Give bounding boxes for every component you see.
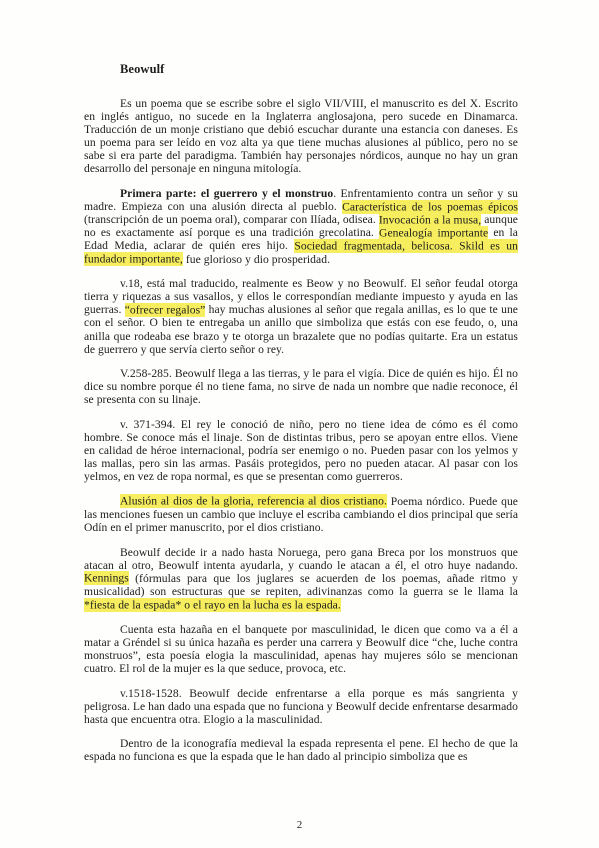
document-content: Beowulf Es un poema que se escribe sobre…	[84, 62, 518, 775]
paragraph-5: v. 371-394. El rey le conoció de niño, p…	[84, 418, 518, 483]
paragraph-9: v.1518-1528. Beowulf decide enfrentarse …	[84, 687, 518, 726]
text-run: Es un poema que se escribe sobre el sigl…	[84, 97, 518, 175]
text-run: v.1518-1528. Beowulf decide enfrentarse …	[84, 687, 518, 726]
highlighted-text: “ofrecer regalos”	[125, 303, 206, 317]
highlighted-text: Característica de los poemas épicos	[342, 200, 518, 214]
document-title: Beowulf	[120, 62, 518, 77]
highlighted-text: Kennings	[84, 571, 129, 585]
highlighted-text: Alusión al dios de la gloria, referencia…	[120, 494, 387, 508]
paragraph-8: Cuenta esta hazaña en el banquete por ma…	[84, 623, 518, 675]
text-run: fue glorioso y dio prosperidad.	[183, 253, 330, 266]
text-run: Dentro de la iconografía medieval la esp…	[84, 737, 518, 763]
text-run: Cuenta esta hazaña en el banquete por ma…	[84, 623, 518, 675]
highlighted-text: Invocación a la musa,	[379, 213, 481, 227]
paragraphs: Es un poema que se escribe sobre el sigl…	[84, 97, 518, 764]
text-run: V.258-285. Beowulf llega a las tierras, …	[84, 367, 518, 406]
bold-text-run: Primera parte: el guerrero y el monstruo	[120, 187, 333, 200]
paragraph-2: Primera parte: el guerrero y el monstruo…	[84, 187, 518, 266]
highlighted-text: Genealogía importante	[379, 226, 488, 240]
document-page: Beowulf Es un poema que se escribe sobre…	[0, 0, 599, 848]
text-run: v. 371-394. El rey le conoció de niño, p…	[84, 418, 518, 483]
text-run: (transcripción de un poema oral), compar…	[84, 213, 379, 226]
paragraph-3: v.18, está mal traducido, realmente es B…	[84, 277, 518, 356]
paragraph-1: Es un poema que se escribe sobre el sigl…	[84, 97, 518, 176]
paragraph-6: Alusión al dios de la gloria, referencia…	[84, 495, 518, 534]
highlighted-text: *fiesta de la espada* o el rayo en la lu…	[84, 598, 341, 612]
paragraph-7: Beowulf decide ir a nado hasta Noruega, …	[84, 546, 518, 611]
text-run: Beowulf decide ir a nado hasta Noruega, …	[84, 546, 518, 572]
page-number: 2	[0, 819, 599, 831]
text-run: (fórmulas para que los juglares se acuer…	[84, 572, 518, 598]
paragraph-4: V.258-285. Beowulf llega a las tierras, …	[84, 367, 518, 406]
paragraph-10: Dentro de la iconografía medieval la esp…	[84, 737, 518, 763]
